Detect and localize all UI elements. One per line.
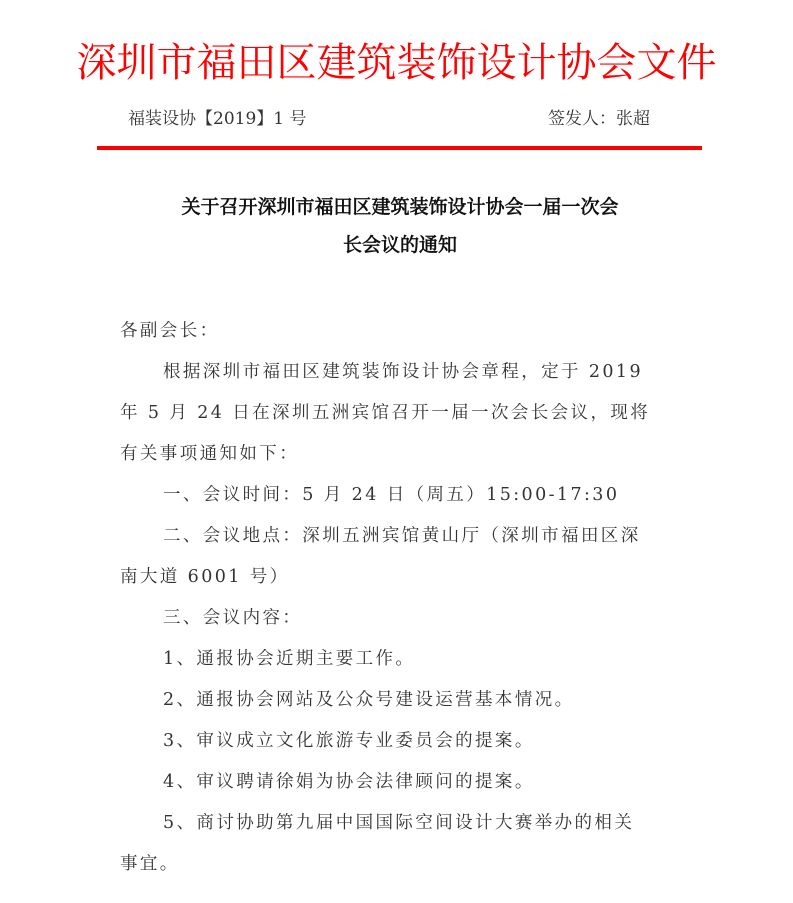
document-body: 各副会长： 根据深圳市福田区建筑装饰设计协会章程，定于 2019 年 5 月 2… — [120, 311, 680, 885]
notice-title-line2: 长会议的通知 — [130, 226, 670, 264]
content-item-cont: 事宜。 — [120, 844, 680, 885]
notice-title-line1: 关于召开深圳市福田区建筑装饰设计协会一届一次会 — [130, 188, 670, 226]
content-item: 3、审议成立文化旅游专业委员会的提案。 — [120, 721, 680, 762]
signer: 签发人：张超 — [548, 107, 650, 131]
meeting-place-cont: 南大道 6001 号） — [120, 557, 680, 598]
document-header-title: 深圳市福田区建筑装饰设计协会文件 — [0, 38, 793, 88]
red-header-rule — [97, 146, 702, 150]
content-item: 2、通报协会网站及公众号建设运营基本情况。 — [120, 680, 680, 721]
intro-line: 有关事项通知如下： — [120, 434, 680, 475]
meeting-place: 二、会议地点：深圳五洲宾馆黄山厅（深圳市福田区深 — [120, 516, 680, 557]
intro-line: 年 5 月 24 日在深圳五洲宾馆召开一届一次会长会议，现将 — [120, 393, 680, 434]
content-item: 1、通报协会近期主要工作。 — [120, 639, 680, 680]
salutation: 各副会长： — [120, 311, 680, 352]
document-number: 福装设协【2019】1 号 — [128, 107, 306, 131]
intro-line: 根据深圳市福田区建筑装饰设计协会章程，定于 2019 — [120, 352, 680, 393]
content-heading: 三、会议内容： — [120, 598, 680, 639]
notice-title: 关于召开深圳市福田区建筑装饰设计协会一届一次会 长会议的通知 — [130, 188, 670, 264]
content-item: 4、审议聘请徐娟为协会法律顾问的提案。 — [120, 762, 680, 803]
meeting-time: 一、会议时间：5 月 24 日（周五）15:00-17:30 — [120, 475, 680, 516]
content-item: 5、商讨协助第九届中国国际空间设计大赛举办的相关 — [120, 803, 680, 844]
